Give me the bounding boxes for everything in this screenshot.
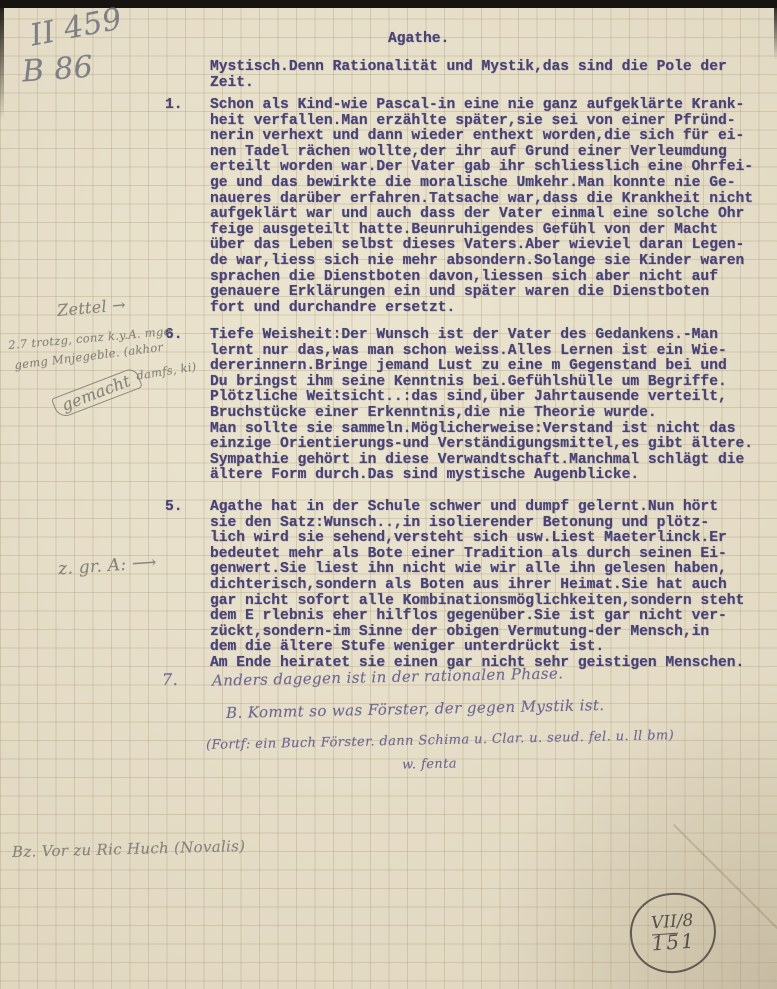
archive-number-top: II 459 [28, 2, 125, 54]
handwritten-subnote: w. fenta [402, 756, 457, 772]
archive-number-bottom: B 86 [21, 50, 94, 90]
paragraph-6: Tiefe Weisheit:Der Wunsch ist der Vater … [210, 328, 753, 484]
bottom-margin-note: Bz. Vor zu Ric Huch (Novalis) [12, 837, 246, 861]
paragraph-number-1: 1. [165, 98, 195, 114]
handwritten-line-3: (Fortf: ein Buch Förster. dann Schima u.… [206, 728, 674, 753]
margin-boxed-note: gemacht [51, 367, 143, 420]
page-title: Agathe. [388, 32, 449, 48]
paragraph-5: Agathe hat in der Schule schwer und dump… [210, 500, 744, 672]
paragraph-number-7: 7. [162, 670, 178, 689]
margin-note-zgra: z. gr. A: ⟶ [57, 553, 157, 580]
paragraph-number-5: 5. [165, 500, 195, 516]
margin-note-zettel: Zettel → [56, 295, 126, 320]
margin-shorthand-line-3: damfs, ki) [135, 359, 197, 382]
paragraph-intro: Mystisch.Denn Rationalität und Mystik,da… [210, 60, 727, 91]
archive-stamp-circle: VII/8 151 [627, 890, 718, 976]
archive-stamp-number: 151 [651, 930, 697, 955]
paragraph-1: Schon als Kind-wie Pascal-in eine nie ga… [210, 98, 753, 316]
manuscript-page: II 459 B 86 Agathe. Mystisch.Denn Ration… [0, 0, 777, 989]
handwritten-line-2: B. Kommt so was Förster, der gegen Mysti… [226, 696, 605, 722]
scan-edge-left [0, 0, 4, 120]
